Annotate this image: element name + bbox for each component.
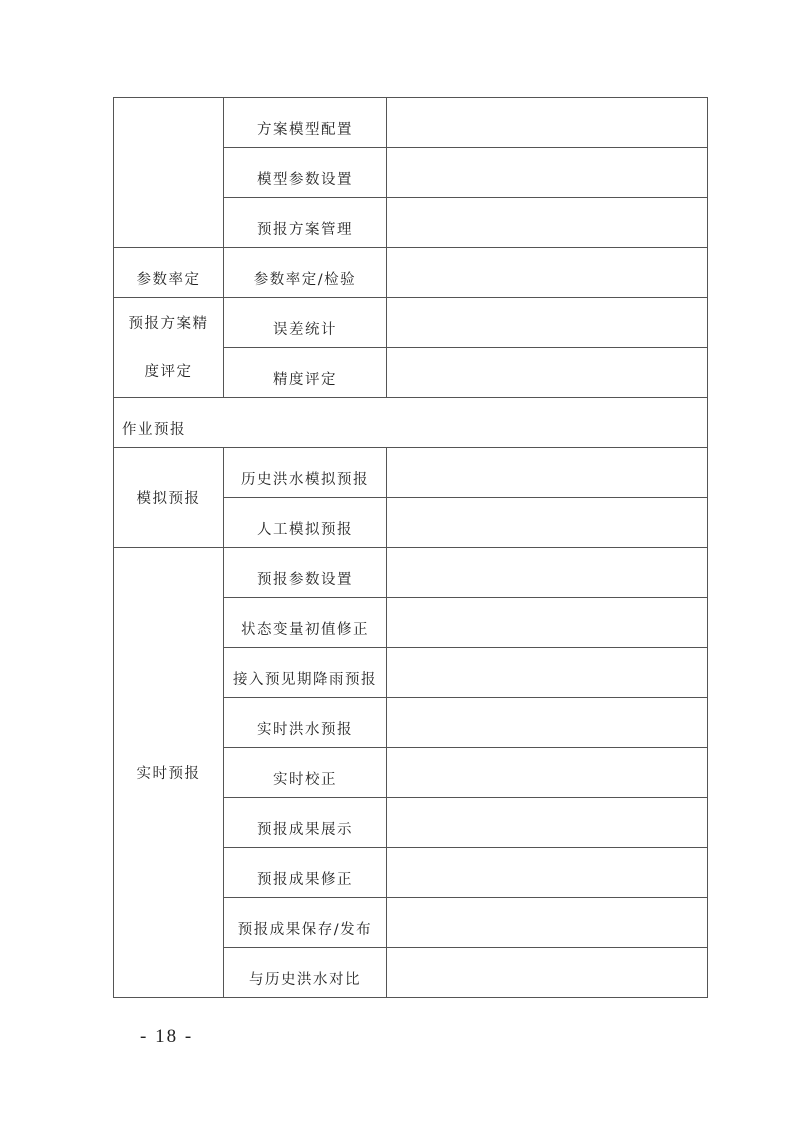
description-cell bbox=[387, 198, 708, 248]
table-row: 实时预报 预报参数设置 bbox=[114, 548, 708, 598]
function-name-cell: 人工模拟预报 bbox=[224, 498, 387, 548]
function-name-cell: 参数率定/检验 bbox=[224, 248, 387, 298]
category-cell: 参数率定 bbox=[114, 248, 224, 298]
function-table: 方案模型配置 模型参数设置 预报方案管理 参数率定 参数率定/检验 预报方案精 … bbox=[113, 97, 708, 998]
description-cell bbox=[387, 98, 708, 148]
function-name-cell: 预报成果保存/发布 bbox=[224, 898, 387, 948]
description-cell bbox=[387, 348, 708, 398]
function-name-cell: 预报成果展示 bbox=[224, 798, 387, 848]
category-cell bbox=[114, 98, 224, 248]
description-cell bbox=[387, 598, 708, 648]
description-cell bbox=[387, 648, 708, 698]
description-cell bbox=[387, 948, 708, 998]
table-row: 方案模型配置 bbox=[114, 98, 708, 148]
function-name-cell: 误差统计 bbox=[224, 298, 387, 348]
description-cell bbox=[387, 698, 708, 748]
function-name-cell: 精度评定 bbox=[224, 348, 387, 398]
function-name-cell: 历史洪水模拟预报 bbox=[224, 448, 387, 498]
function-name-cell: 实时校正 bbox=[224, 748, 387, 798]
description-cell bbox=[387, 498, 708, 548]
category-cell: 预报方案精 度评定 bbox=[114, 298, 224, 398]
description-cell bbox=[387, 148, 708, 198]
section-header-row: 作业预报 bbox=[114, 398, 708, 448]
category-cell: 模拟预报 bbox=[114, 448, 224, 548]
table-row: 预报方案精 度评定 误差统计 bbox=[114, 298, 708, 348]
description-cell bbox=[387, 248, 708, 298]
function-name-cell: 与历史洪水对比 bbox=[224, 948, 387, 998]
category-label-line: 预报方案精 bbox=[129, 300, 209, 348]
function-name-cell: 预报参数设置 bbox=[224, 548, 387, 598]
category-cell: 实时预报 bbox=[114, 548, 224, 998]
description-cell bbox=[387, 298, 708, 348]
function-name-cell: 方案模型配置 bbox=[224, 98, 387, 148]
table-row: 参数率定 参数率定/检验 bbox=[114, 248, 708, 298]
function-name-cell: 状态变量初值修正 bbox=[224, 598, 387, 648]
description-cell bbox=[387, 748, 708, 798]
table-row: 模拟预报 历史洪水模拟预报 bbox=[114, 448, 708, 498]
description-cell bbox=[387, 848, 708, 898]
category-label-line: 度评定 bbox=[145, 348, 193, 396]
section-header: 作业预报 bbox=[114, 398, 708, 448]
function-name-cell: 预报方案管理 bbox=[224, 198, 387, 248]
page-number: - 18 - bbox=[140, 1026, 193, 1048]
function-name-cell: 模型参数设置 bbox=[224, 148, 387, 198]
description-cell bbox=[387, 548, 708, 598]
description-cell bbox=[387, 448, 708, 498]
function-name-cell: 接入预见期降雨预报 bbox=[224, 648, 387, 698]
function-name-cell: 预报成果修正 bbox=[224, 848, 387, 898]
description-cell bbox=[387, 798, 708, 848]
description-cell bbox=[387, 898, 708, 948]
function-name-cell: 实时洪水预报 bbox=[224, 698, 387, 748]
